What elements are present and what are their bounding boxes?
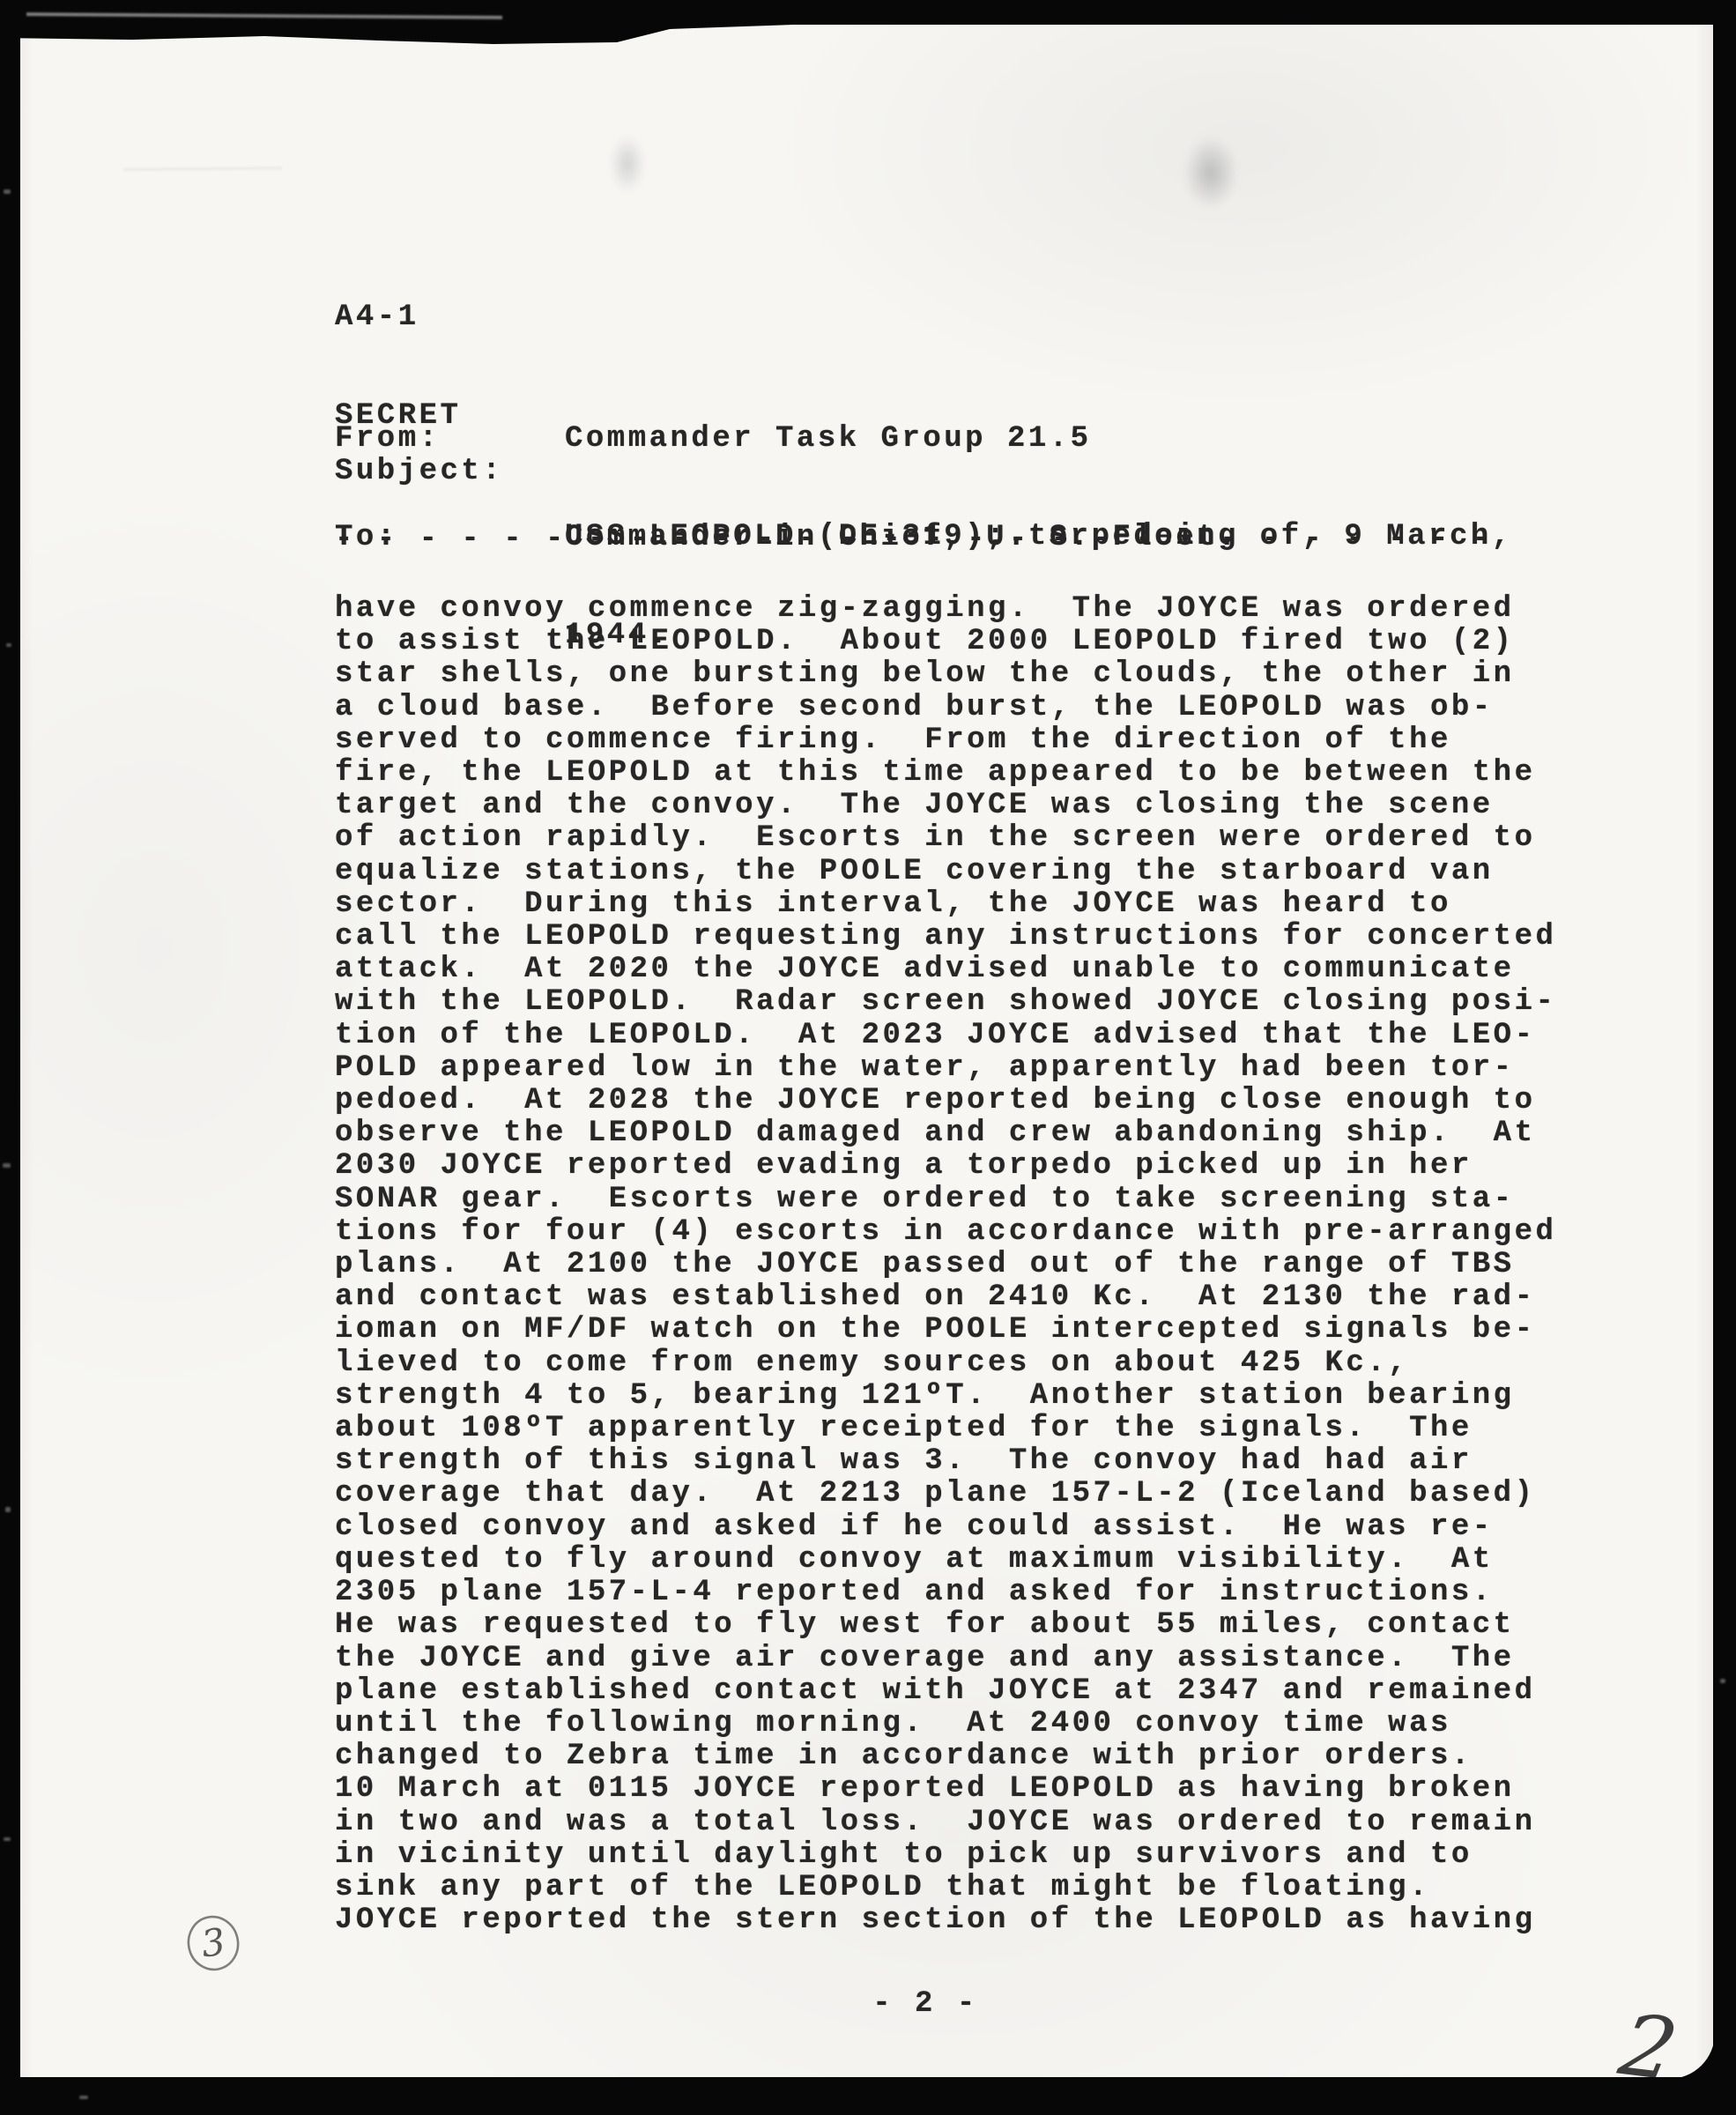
body-line: served to commence firing. From the dire… [335, 724, 1595, 757]
from-row: From: Commander Task Group 21.5 [335, 423, 1239, 456]
circled-number: 3 [198, 1919, 227, 1965]
scan-noise [1720, 1679, 1725, 1683]
body-line: He was requested to fly west for about 5… [335, 1609, 1595, 1642]
scan-border-bottom [0, 2077, 1736, 2115]
body-line: pedoed. At 2028 the JOYCE reported being… [335, 1085, 1595, 1117]
body-line: SONAR gear. Escorts were ordered to take… [335, 1184, 1595, 1216]
scan-noise [4, 1837, 11, 1841]
from-value: Commander Task Group 21.5 [565, 423, 1092, 456]
scan-border-right [1713, 0, 1736, 2115]
body-line: strength of this signal was 3. The convo… [335, 1445, 1595, 1478]
scan-streak [123, 167, 282, 171]
body-line: ioman on MF/DF watch on the POOLE interc… [335, 1314, 1595, 1347]
body-line: 2305 plane 157-L-4 reported and asked fo… [335, 1577, 1595, 1609]
scanned-document: A4-1 SECRET From: Commander Task Group 2… [0, 0, 1736, 2115]
body-line: plans. At 2100 the JOYCE passed out of t… [335, 1249, 1595, 1281]
scan-noise [4, 189, 11, 194]
scan-noise [79, 2096, 88, 2099]
body-line: coverage that day. At 2213 plane 157-L-2… [335, 1478, 1595, 1510]
body-line: plane established contact with JOYCE at … [335, 1675, 1595, 1708]
body-line: about 108ºT apparently receipted for the… [335, 1413, 1595, 1445]
body-line: observe the LEOPOLD damaged and crew aba… [335, 1117, 1595, 1150]
scan-noise [3, 1163, 11, 1168]
body-line: 2030 JOYCE reported evading a torpedo pi… [335, 1150, 1595, 1183]
body-text: have convoy commence zig-zagging. The JO… [335, 593, 1595, 1937]
body-line: JOYCE reported the stern section of the … [335, 1904, 1595, 1937]
body-line: star shells, one bursting below the clou… [335, 658, 1595, 691]
body-line: and contact was established on 2410 Kc. … [335, 1281, 1595, 1314]
circled-page-marker: 3 [182, 1911, 245, 1975]
body-line: changed to Zebra time in accordance with… [335, 1740, 1595, 1773]
body-line: have convoy commence zig-zagging. The JO… [335, 593, 1595, 626]
scan-noise [5, 1507, 11, 1512]
body-line: sink any part of the LEOPOLD that might … [335, 1872, 1595, 1904]
punch-hole-smudge [1184, 137, 1237, 208]
body-line: with the LEOPOLD. Radar screen showed JO… [335, 986, 1595, 1019]
scan-border-left [0, 0, 20, 2115]
body-line: closed convoy and asked if he could assi… [335, 1511, 1595, 1544]
punch-hole-smudge [610, 136, 645, 192]
body-line: the JOYCE and give air coverage and any … [335, 1643, 1595, 1675]
scan-noise [6, 643, 11, 647]
body-line: POLD appeared low in the water, apparent… [335, 1052, 1595, 1085]
body-line: lieved to come from enemy sources on abo… [335, 1347, 1595, 1380]
body-line: until the following morning. At 2400 con… [335, 1708, 1595, 1740]
body-line: in vicinity until daylight to pick up su… [335, 1839, 1595, 1872]
body-line: equalize stations, the POOLE covering th… [335, 856, 1595, 888]
body-line: call the LEOPOLD requesting any instruct… [335, 921, 1595, 954]
body-line: a cloud base. Before second burst, the L… [335, 692, 1595, 724]
body-line: to assist the LEOPOLD. About 2000 LEOPOL… [335, 626, 1595, 658]
body-line: strength 4 to 5, bearing 121ºT. Another … [335, 1380, 1595, 1413]
body-line: sector. During this interval, the JOYCE … [335, 888, 1595, 921]
body-line: 10 March at 0115 JOYCE reported LEOPOLD … [335, 1773, 1595, 1806]
file-reference: A4-1 [335, 301, 461, 334]
body-line: tion of the LEOPOLD. At 2023 JOYCE advis… [335, 1020, 1595, 1052]
body-line: quested to fly around convoy at maximum … [335, 1544, 1595, 1577]
page-number: - 2 - [335, 1988, 1516, 2021]
body-line: fire, the LEOPOLD at this time appeared … [335, 757, 1595, 790]
body-line: target and the convoy. The JOYCE was clo… [335, 790, 1595, 822]
body-line: attack. At 2020 the JOYCE advised unable… [335, 954, 1595, 986]
separator-line: - - - - - - - - - - - - - - - - - - - - … [335, 523, 1494, 556]
paper-sheet: A4-1 SECRET From: Commander Task Group 2… [18, 25, 1715, 2079]
from-label: From: [335, 423, 565, 456]
body-line: in two and was a total loss. JOYCE was o… [335, 1807, 1595, 1839]
body-line: of action rapidly. Escorts in the screen… [335, 822, 1595, 855]
body-line: tions for four (4) escorts in accordance… [335, 1216, 1595, 1249]
